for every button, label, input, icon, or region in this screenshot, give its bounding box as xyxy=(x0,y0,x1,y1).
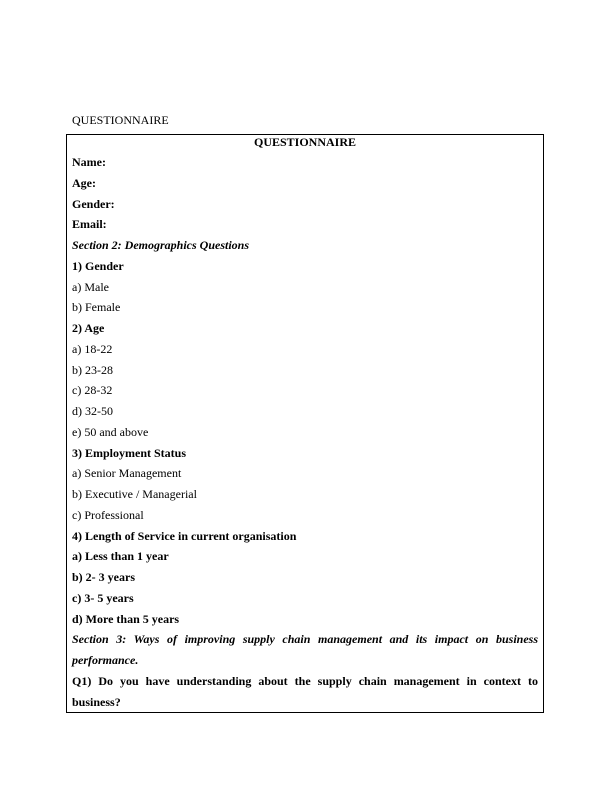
option-service-a: a) Less than 1 year xyxy=(72,546,538,567)
option-age-b: b) 23-28 xyxy=(72,360,538,381)
question-q1: Q1) Do you have understanding about the … xyxy=(72,671,538,713)
option-gender-female: b) Female xyxy=(72,297,538,318)
option-employment-c: c) Professional xyxy=(72,505,538,526)
option-service-c: c) 3- 5 years xyxy=(72,588,538,609)
option-age-c: c) 28-32 xyxy=(72,380,538,401)
question-age: 2) Age xyxy=(72,318,538,339)
option-age-a: a) 18-22 xyxy=(72,339,538,360)
document-caption: QUESTIONNAIRE xyxy=(72,113,169,127)
option-service-b: b) 2- 3 years xyxy=(72,567,538,588)
option-age-e: e) 50 and above xyxy=(72,422,538,443)
option-service-d: d) More than 5 years xyxy=(72,609,538,630)
option-employment-a: a) Senior Management xyxy=(72,463,538,484)
section-2-heading: Section 2: Demographics Questions xyxy=(72,235,538,256)
field-gender: Gender: xyxy=(72,194,538,215)
option-employment-b: b) Executive / Managerial xyxy=(72,484,538,505)
questionnaire-box: QUESTIONNAIRE Name: Age: Gender: Email: … xyxy=(66,134,544,713)
option-gender-male: a) Male xyxy=(72,277,538,298)
question-employment-status: 3) Employment Status xyxy=(72,443,538,464)
field-email: Email: xyxy=(72,214,538,235)
option-age-d: d) 32-50 xyxy=(72,401,538,422)
field-age: Age: xyxy=(72,173,538,194)
section-3-heading: Section 3: Ways of improving supply chai… xyxy=(72,629,538,671)
field-name: Name: xyxy=(72,152,538,173)
question-length-of-service: 4) Length of Service in current organisa… xyxy=(72,526,538,547)
questionnaire-title: QUESTIONNAIRE xyxy=(72,135,538,149)
question-gender: 1) Gender xyxy=(72,256,538,277)
